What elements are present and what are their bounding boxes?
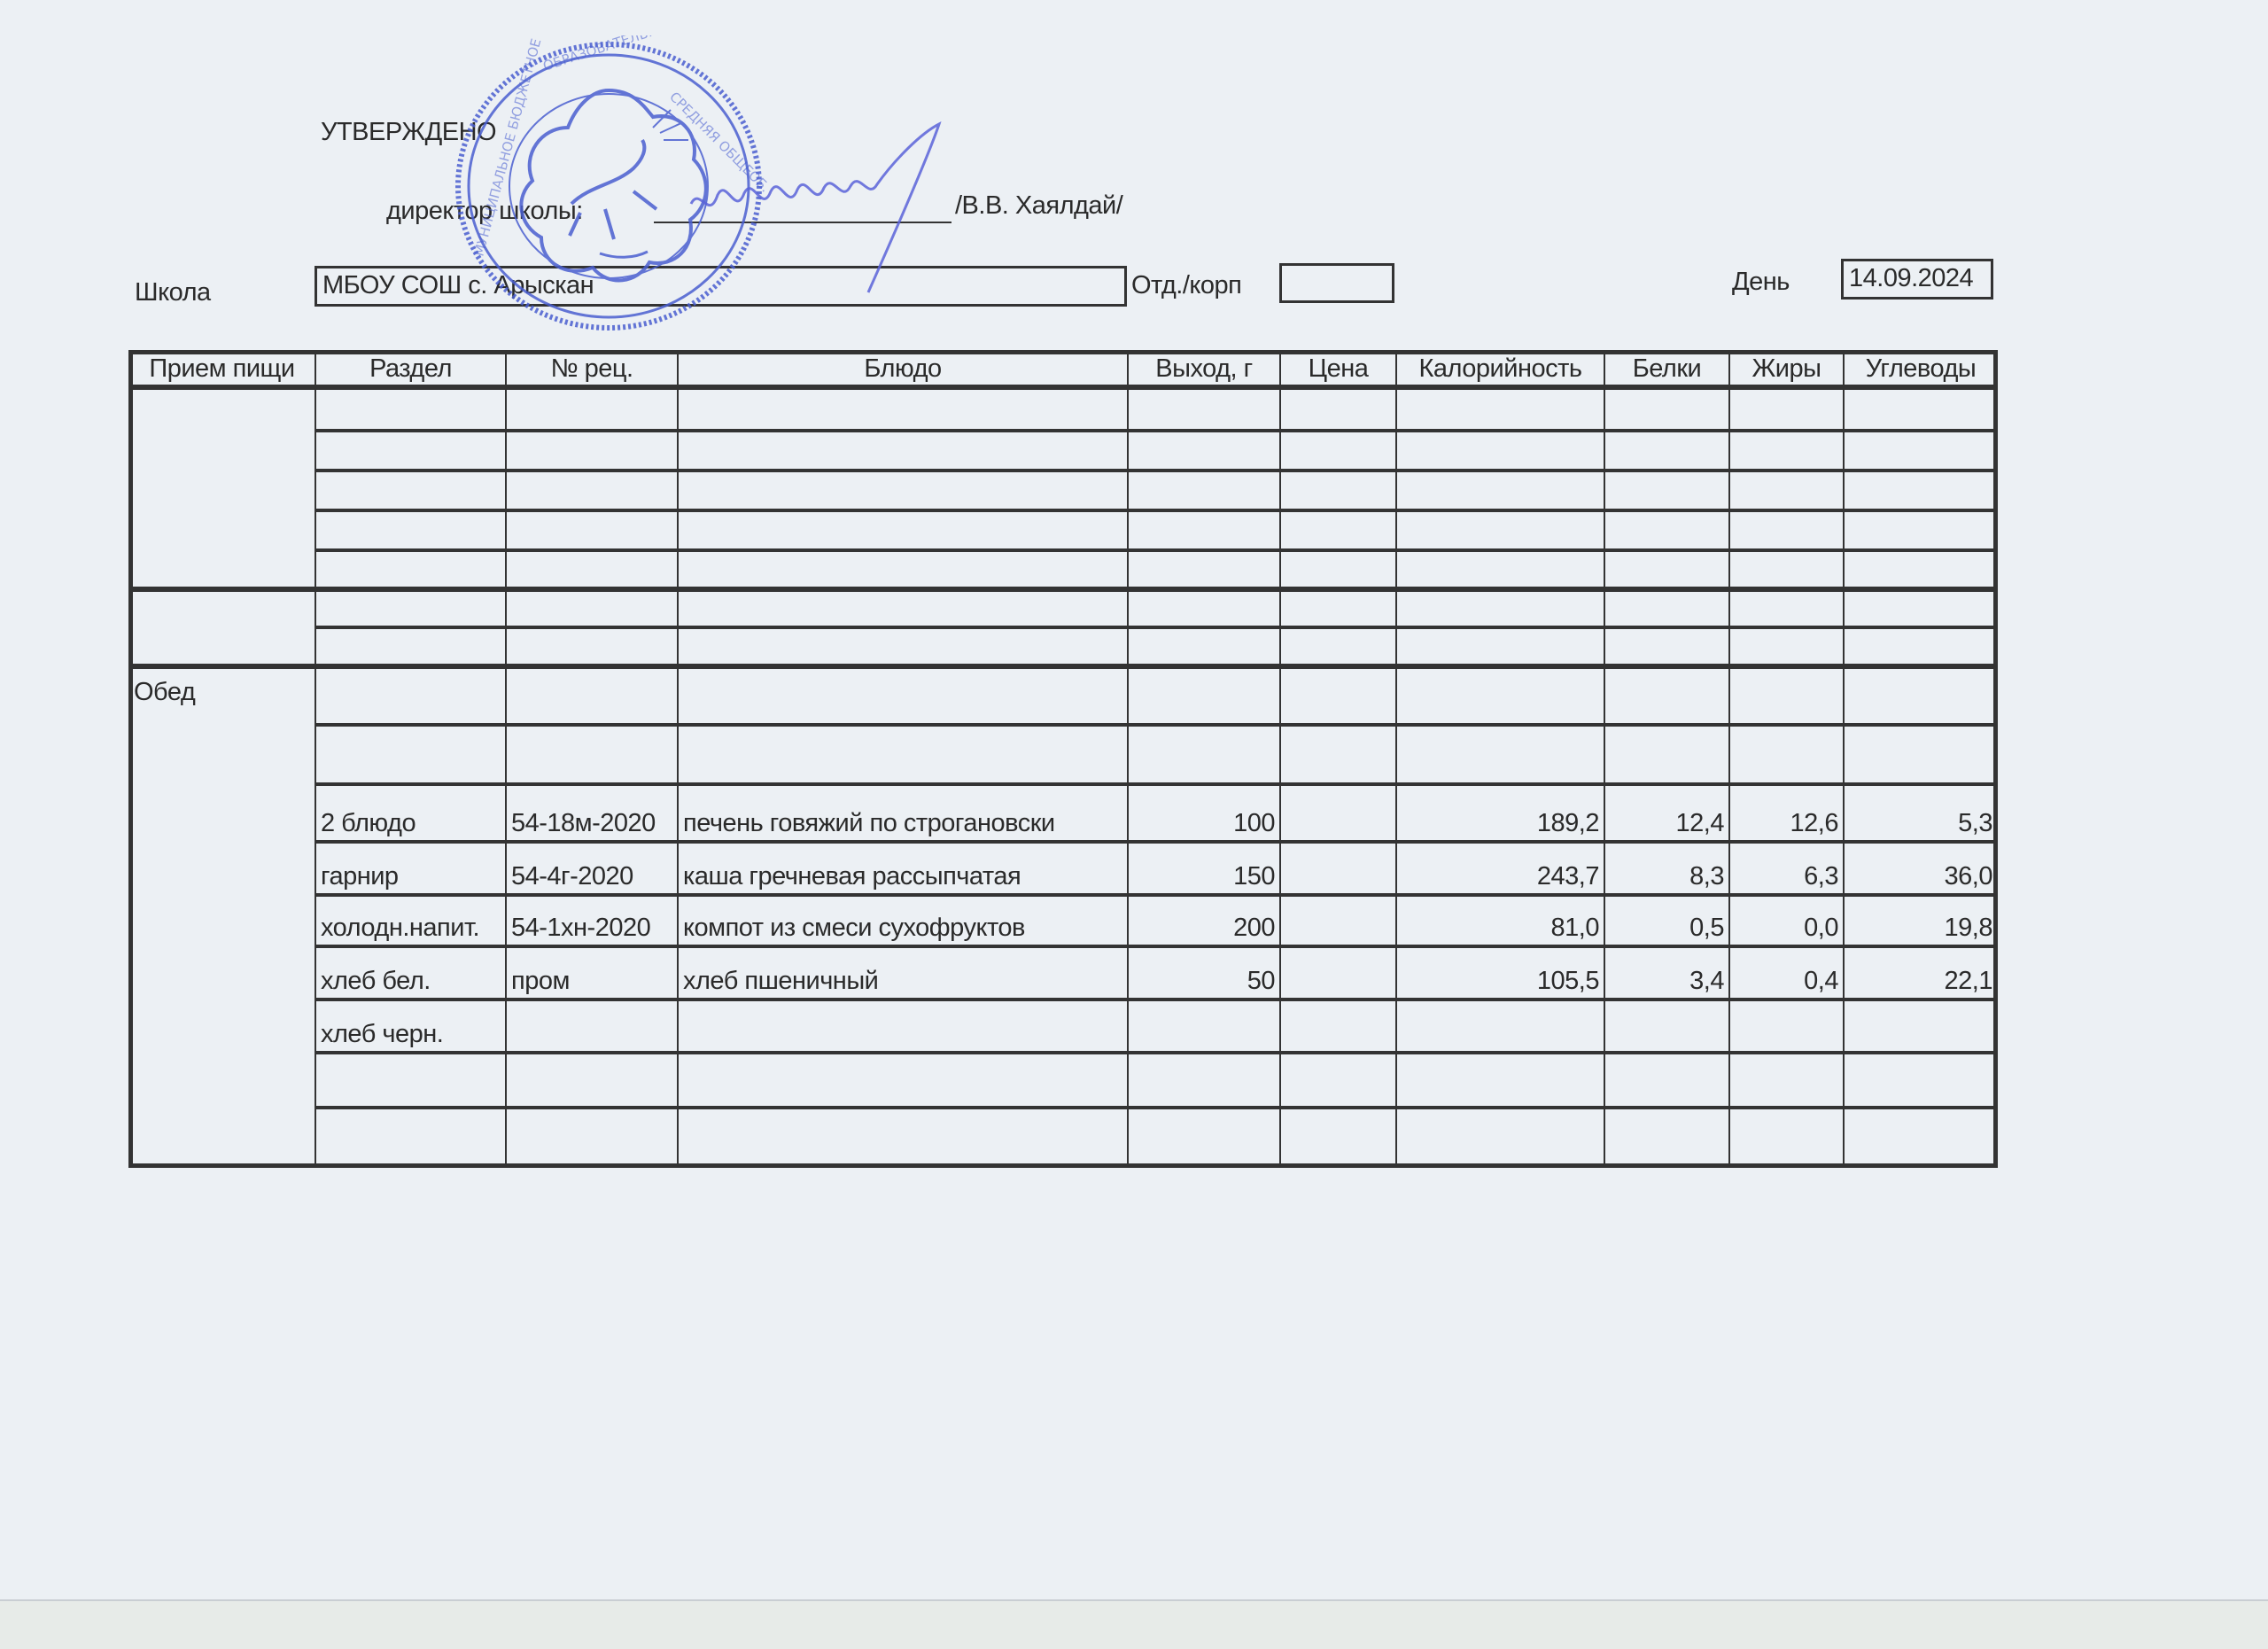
column-header: № рец.: [508, 354, 676, 384]
table-cell: 54-4г-2020: [508, 861, 676, 891]
column-header: Жиры: [1731, 354, 1842, 384]
table-cell: 6,3: [1731, 861, 1842, 891]
signature-line: [654, 222, 951, 223]
grid-line: [315, 626, 1998, 629]
table-cell: хлеб черн.: [317, 1019, 504, 1049]
grid-line: [315, 1051, 1998, 1054]
table-cell: каша гречневая рассыпчатая: [680, 861, 1126, 891]
grid-line: [315, 548, 1998, 552]
grid-line: [1843, 354, 1845, 1163]
table-cell: холодн.напит.: [317, 913, 504, 943]
table-cell: 50: [1130, 966, 1278, 996]
grid-line: [315, 1106, 1998, 1109]
table-cell: 3,4: [1606, 966, 1728, 996]
column-header: Калорийность: [1398, 354, 1603, 384]
grid-line: [315, 893, 1998, 897]
school-value: МБОУ СОШ с. Арыскан: [322, 271, 594, 300]
grid-line: [677, 354, 679, 1163]
table-cell: 189,2: [1398, 808, 1603, 838]
grid-line: [1604, 354, 1605, 1163]
grid-line: [315, 998, 1998, 1001]
table-cell: 0,0: [1731, 913, 1842, 943]
grid-line: [315, 429, 1998, 432]
table-cell: 12,6: [1731, 808, 1842, 838]
table-cell: хлеб бел.: [317, 966, 504, 996]
column-header: Прием пищи: [130, 354, 314, 384]
column-header: Углеводы: [1845, 354, 1996, 384]
grid-line: [315, 782, 1998, 786]
table-cell: 8,3: [1606, 861, 1728, 891]
grid-line: [315, 509, 1998, 512]
grid-line: [315, 469, 1998, 472]
table-cell: печень говяжий по строгановски: [680, 808, 1126, 838]
table-cell: 36,0: [1845, 861, 1996, 891]
column-header: Раздел: [317, 354, 504, 384]
table-cell: 81,0: [1398, 913, 1603, 943]
school-field[interactable]: МБОУ СОШ с. Арыскан: [315, 266, 1127, 307]
grid-line: [505, 354, 507, 1163]
table-cell: хлеб пшеничный: [680, 966, 1126, 996]
department-label: Отд./корп: [1131, 271, 1241, 300]
table-cell: 12,4: [1606, 808, 1728, 838]
column-header: Блюдо: [680, 354, 1126, 384]
day-value: 14.09.2024: [1849, 264, 1973, 293]
grid-line: [128, 664, 1998, 669]
meal-label: Обед: [130, 677, 314, 707]
table-cell: 22,1: [1845, 966, 1996, 996]
table-cell: 19,8: [1845, 913, 1996, 943]
grid-line: [1127, 354, 1129, 1163]
table-cell: гарнир: [317, 861, 504, 891]
table-cell: 0,5: [1606, 913, 1728, 943]
grid-line: [315, 723, 1998, 727]
table-cell: компот из смеси сухофруктов: [680, 913, 1126, 943]
column-header: Выход, г: [1130, 354, 1278, 384]
column-header: Цена: [1282, 354, 1394, 384]
day-field[interactable]: 14.09.2024: [1841, 259, 1993, 299]
table-cell: 100: [1130, 808, 1278, 838]
grid-line: [1728, 354, 1730, 1163]
table-cell: 5,3: [1845, 808, 1996, 838]
grid-line: [315, 840, 1998, 844]
column-header: Белки: [1606, 354, 1728, 384]
table-cell: 54-1хн-2020: [508, 913, 676, 943]
table-cell: 150: [1130, 861, 1278, 891]
table-cell: 54-18м-2020: [508, 808, 676, 838]
grid-line: [1279, 354, 1281, 1163]
table-cell: 2 блюдо: [317, 808, 504, 838]
grid-line: [128, 587, 1998, 592]
grid-line: [315, 945, 1998, 948]
director-name: /В.В. Хаялдай/: [955, 191, 1122, 221]
school-label: Школа: [135, 278, 211, 307]
table-cell: пром: [508, 966, 676, 996]
scanner-edge: [0, 1599, 2268, 1649]
table-cell: 0,4: [1731, 966, 1842, 996]
day-label: День: [1732, 268, 1790, 297]
table-cell: 243,7: [1398, 861, 1603, 891]
menu-table: Прием пищиРаздел№ рец.БлюдоВыход, гЦенаК…: [128, 350, 1998, 1168]
department-field[interactable]: [1279, 263, 1394, 303]
grid-line: [1395, 354, 1397, 1163]
table-cell: 200: [1130, 913, 1278, 943]
grid-line: [128, 385, 1998, 390]
grid-line: [315, 354, 316, 1163]
table-cell: 105,5: [1398, 966, 1603, 996]
approved-label: УТВЕРЖДЕНО: [321, 118, 496, 147]
director-label: директор школы:: [386, 197, 583, 226]
